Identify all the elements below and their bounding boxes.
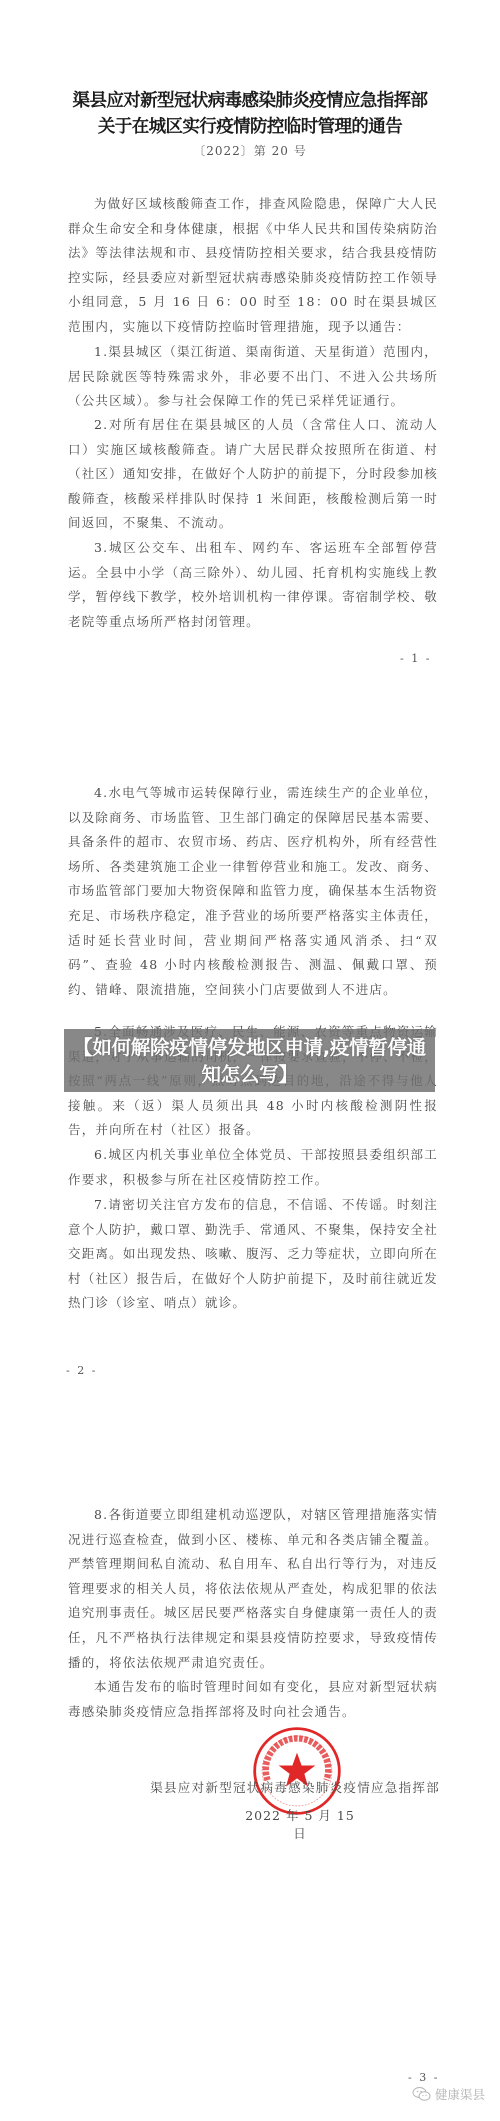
item-7-paragraph: 7.请密切关注官方发布的信息，不信谣、不传谣。时刻注意个人防护，戴口罩、勤洗手、… (68, 1193, 438, 1316)
wechat-icon (412, 2086, 432, 2102)
caption-overlay: 【如何解除疫情停发地区申请,疫情暂停通知怎么写】 (64, 1029, 435, 1092)
notice-title-line2: 关于在城区实行疫情防控临时管理的通告 (0, 114, 500, 140)
page-number-2: - 2 - (66, 1364, 97, 1377)
item-2-paragraph: 2.对所有居住在渠县城区的人员（含常住人口、流动人口）实施区域核酸筛查。请广大居… (68, 413, 438, 536)
document-number: 〔2022〕第 20 号 (0, 142, 500, 159)
source-watermark: 健康渠县 (412, 2085, 485, 2103)
issue-date: 2022 年 5 月 15 日 (240, 1806, 360, 1842)
issuer-signature: 渠县应对新型冠状病毒感染肺炎疫情应急指挥部 (140, 1778, 440, 1796)
item-8-paragraph: 8.各街道要立即组建机动巡逻队，对辖区管理措施落实情况进行巡查检查，做到小区、楼… (68, 1503, 438, 1675)
watermark-text: 健康渠县 (435, 2085, 485, 2103)
item-3-paragraph: 3.城区公交车、出租车、网约车、客运班车全部暂停营运。全县中小学（高三除外）、幼… (68, 536, 438, 634)
caption-text: 【如何解除疫情停发地区申请,疫情暂停通知怎么写】 (64, 1034, 435, 1088)
item-6-paragraph: 6.城区内机关事业单位全体党员、干部按照县委组织部工作要求，积极参与所在社区疫情… (68, 1143, 438, 1192)
item-1-paragraph: 1.渠县城区（渠江街道、渠南街道、天星街道）范围内，居民除就医等特殊需求外，非必… (68, 340, 438, 414)
item-4-paragraph: 4.水电气等城市运转保障行业，需连续生产的企业单位，以及除商务、市场监管、卫生部… (68, 781, 438, 1002)
notice-title-line1: 渠县应对新型冠状病毒感染肺炎疫情应急指挥部 (0, 88, 500, 114)
page-number-3: - 3 - (408, 2071, 439, 2084)
official-seal (251, 1725, 343, 1817)
closing-paragraph: 本通告发布的临时管理时间如有变化，县应对新型冠状病毒感染肺炎疫情应急指挥部将及时… (68, 1675, 438, 1724)
page-number-1: - 1 - (400, 652, 431, 665)
preamble-paragraph: 为做好区域核酸筛查工作，排查风险隐患，保障广大人民群众生命安全和身体健康，根据《… (68, 192, 438, 340)
